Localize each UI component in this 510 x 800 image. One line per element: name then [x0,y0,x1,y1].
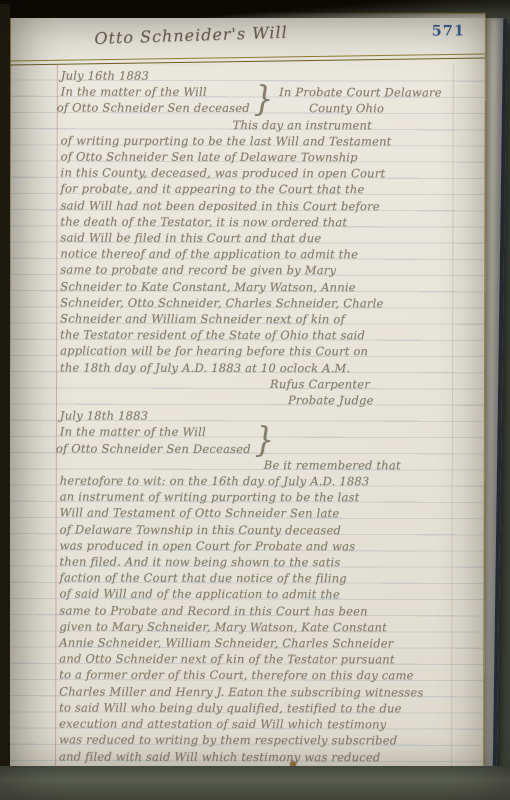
manuscript-line: the 18th day of July A.D. 1883 at 10 ocl… [60,359,474,376]
caption-left-column: In the matter of the Willof Otto Schneid… [61,84,250,117]
entry-body: of writing purporting to be the last Wil… [60,132,475,376]
manuscript-line: in this County, deceased, was produced i… [61,165,475,182]
page-number: 571 [432,22,465,39]
manuscript-line: Charles Miller and Henry J. Eaton the su… [59,683,473,700]
caption-brace: } [255,423,274,458]
manuscript-line: then filed. And it now being shown to th… [60,554,474,571]
page-title: Otto Schneider's Will [11,20,372,51]
photo-left-edge [0,4,10,784]
signature-line: Probate Judge [288,392,474,409]
manuscript-line: of said Will and of the application to a… [59,586,473,603]
manuscript-line: notice thereof and of the application to… [60,246,474,263]
caption-brace: } [254,83,273,118]
court-entry-july-18: July 18th 1883 In the matter of the Will… [59,408,474,766]
manuscript-line: an instrument of writing purporting to b… [60,489,474,506]
manuscript-line: Schneider to Kate Constant, Mary Watson,… [60,278,474,295]
manuscript-line: Schneider, Otto Schneider, Charles Schne… [60,294,474,311]
signature-line: Rufus Carpenter [270,376,474,393]
manuscript-line: the death of the Testator, it is now ord… [60,213,474,230]
manuscript-line: application will be for hearing before t… [60,343,474,360]
manuscript-line: of Otto Schneider Sen late of Delaware T… [61,149,475,166]
caption-right-column: In Probate Court DelawareCounty Ohio [279,84,442,117]
caption-line: In the matter of the Will [61,84,250,101]
manuscript-line: Will and Testament of Otto Schneider Sen… [60,505,474,522]
manuscript-line: was reduced to writing by them respectiv… [59,732,473,749]
caption-line: In Probate Court Delaware [279,84,442,101]
manuscript-line: Annie Schneider, William Schneider, Char… [59,635,473,652]
caption-line: of Otto Schneider Sen deceased [57,100,250,117]
entry-body: heretofore to wit: on the 16th day of Ju… [59,473,474,766]
case-caption: In the matter of the Willof Otto Schneid… [60,424,474,457]
manuscript-line: same to probate and record be given by M… [60,262,474,279]
caption-left-column: In the matter of the Willof Otto Schneid… [60,424,251,457]
manuscript-line: was produced in open Court for Probate a… [60,537,474,554]
page-header: Otto Schneider's Will 571 [11,12,485,65]
court-entry-july-16: July 16th 1883 In the matter of the Will… [60,68,475,409]
manuscript-line: to a former order of this Court, therefo… [59,667,473,684]
photo-top-shadow [0,0,510,18]
manuscript-line: execution and attestation of said Will w… [59,716,473,733]
manuscript-line: of writing purporting to be the last Wil… [61,132,475,149]
case-caption: In the matter of the Willof Otto Schneid… [61,84,475,117]
ledger-photo: Otto Schneider's Will 571 July 16th 1883… [0,0,510,800]
caption-line: County Ohio [309,101,442,118]
manuscript-line: said Will be filed in this Court and tha… [60,230,474,247]
manuscript-line: and Otto Schneider next of kin of the Te… [59,651,473,668]
manuscript-line: faction of the Court that due notice of … [59,570,473,587]
caption-line: In the matter of the Will [60,424,251,441]
manuscript-line: same to Probate and Record in this Court… [59,602,473,619]
manuscript-line: of Delaware Township in this County dece… [60,521,474,538]
caption-line: of Otto Schneider Sen Deceased [56,440,251,457]
manuscript-line: said Will had not been deposited in this… [60,197,474,214]
manuscript-line: Schneider and William Schneider next of … [60,311,474,328]
manuscript-content: July 16th 1883 In the matter of the Will… [9,64,485,769]
manuscript-line: for probate, and it appearing to the Cou… [61,181,475,198]
ledger-page: Otto Schneider's Will 571 July 16th 1883… [8,11,486,770]
manuscript-line: and filed with said Will which testimony… [59,748,473,765]
table-surface [0,766,510,800]
judge-signature: Rufus CarpenterProbate Judge [270,376,474,409]
manuscript-line: to said Will who being duly qualified, t… [59,699,473,716]
manuscript-line: given to Mary Schneider, Mary Watson, Ka… [59,618,473,635]
manuscript-line: heretofore to wit: on the 16th day of Ju… [60,473,474,490]
manuscript-line: the Testator resident of the State of Oh… [60,327,474,344]
entry-opening-line: Be it remembered that [264,457,474,474]
